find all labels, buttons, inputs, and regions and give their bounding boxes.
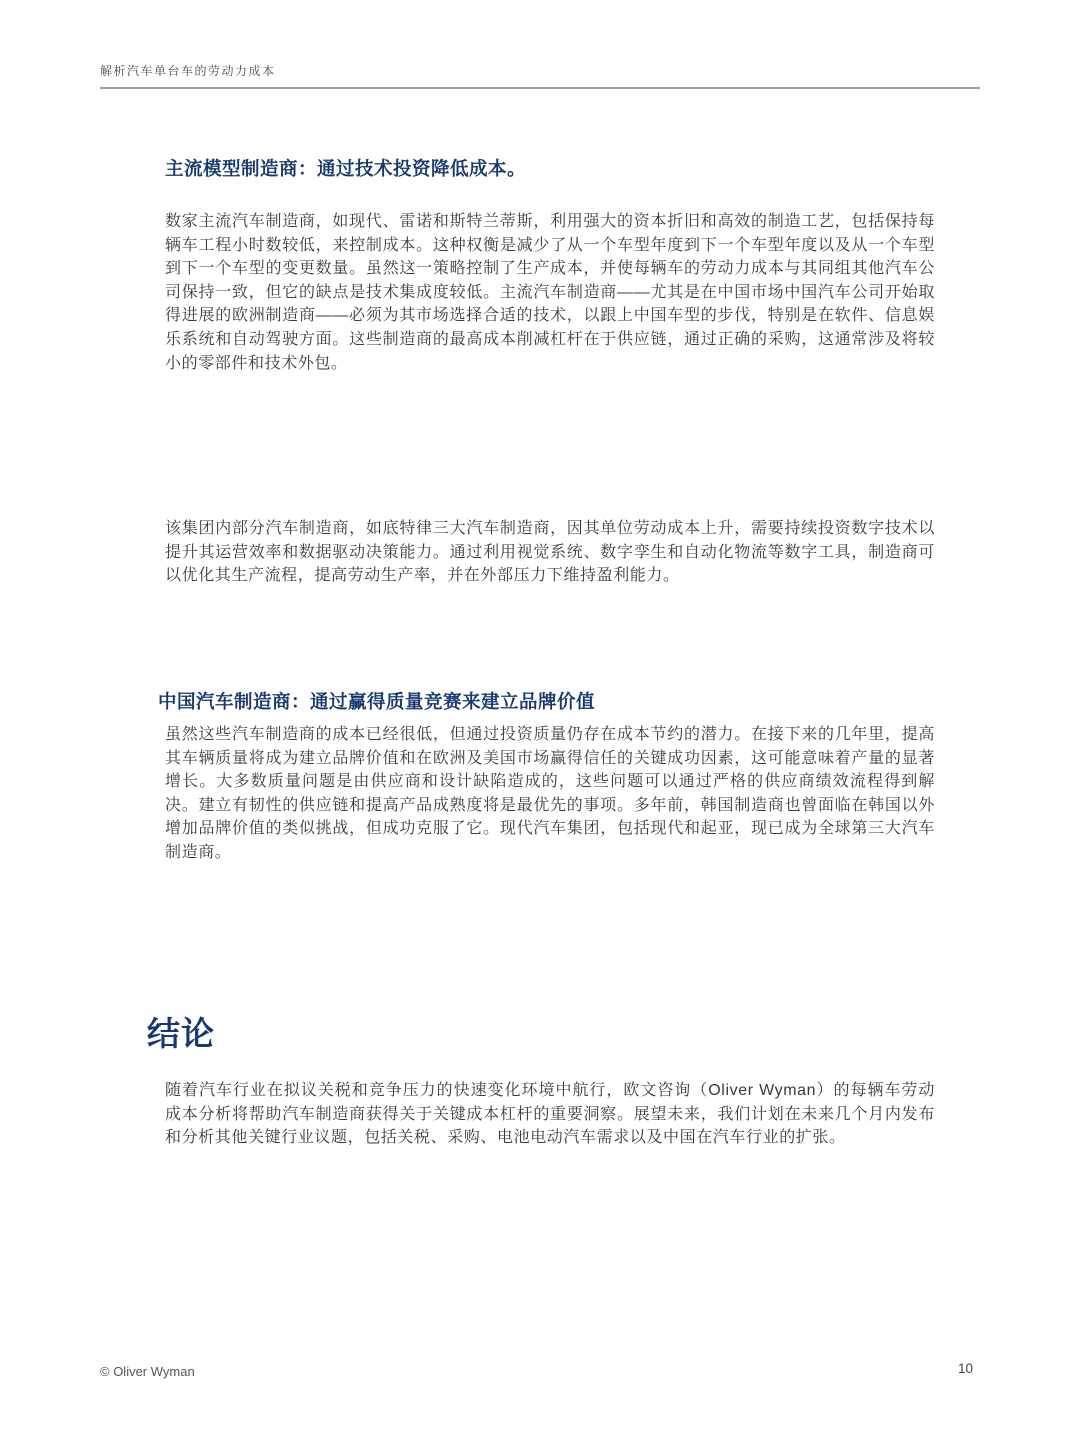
paragraph-china: 虽然这些汽车制造商的成本已经很低，但通过投资质量仍存在成本节约的潜力。在接下来的…	[165, 723, 935, 865]
section-heading-mainstream: 主流模型制造商：通过技术投资降低成本。	[165, 155, 526, 181]
paragraph-mainstream-2: 该集团内部分汽车制造商，如底特律三大汽车制造商，因其单位劳动成本上升，需要持续投…	[165, 517, 935, 588]
conclusion-title: 结论	[147, 1008, 215, 1055]
paragraph-mainstream-1: 数家主流汽车制造商，如现代、雷诺和斯特兰蒂斯，利用强大的资本折旧和高效的制造工艺…	[165, 210, 935, 375]
running-header: 解析汽车单台车的劳动力成本	[100, 62, 980, 89]
footer-copyright: © Oliver Wyman	[100, 1364, 195, 1379]
running-header-title: 解析汽车单台车的劳动力成本	[100, 64, 276, 78]
document-page: 解析汽车单台车的劳动力成本 主流模型制造商：通过技术投资降低成本。 数家主流汽车…	[0, 0, 1080, 1436]
section-heading-china: 中国汽车制造商：通过赢得质量竞赛来建立品牌价值	[158, 688, 595, 714]
footer-page-number: 10	[958, 1361, 973, 1376]
paragraph-conclusion: 随着汽车行业在拟议关税和竞争压力的快速变化环境中航行，欧文咨询（Oliver W…	[165, 1079, 935, 1150]
